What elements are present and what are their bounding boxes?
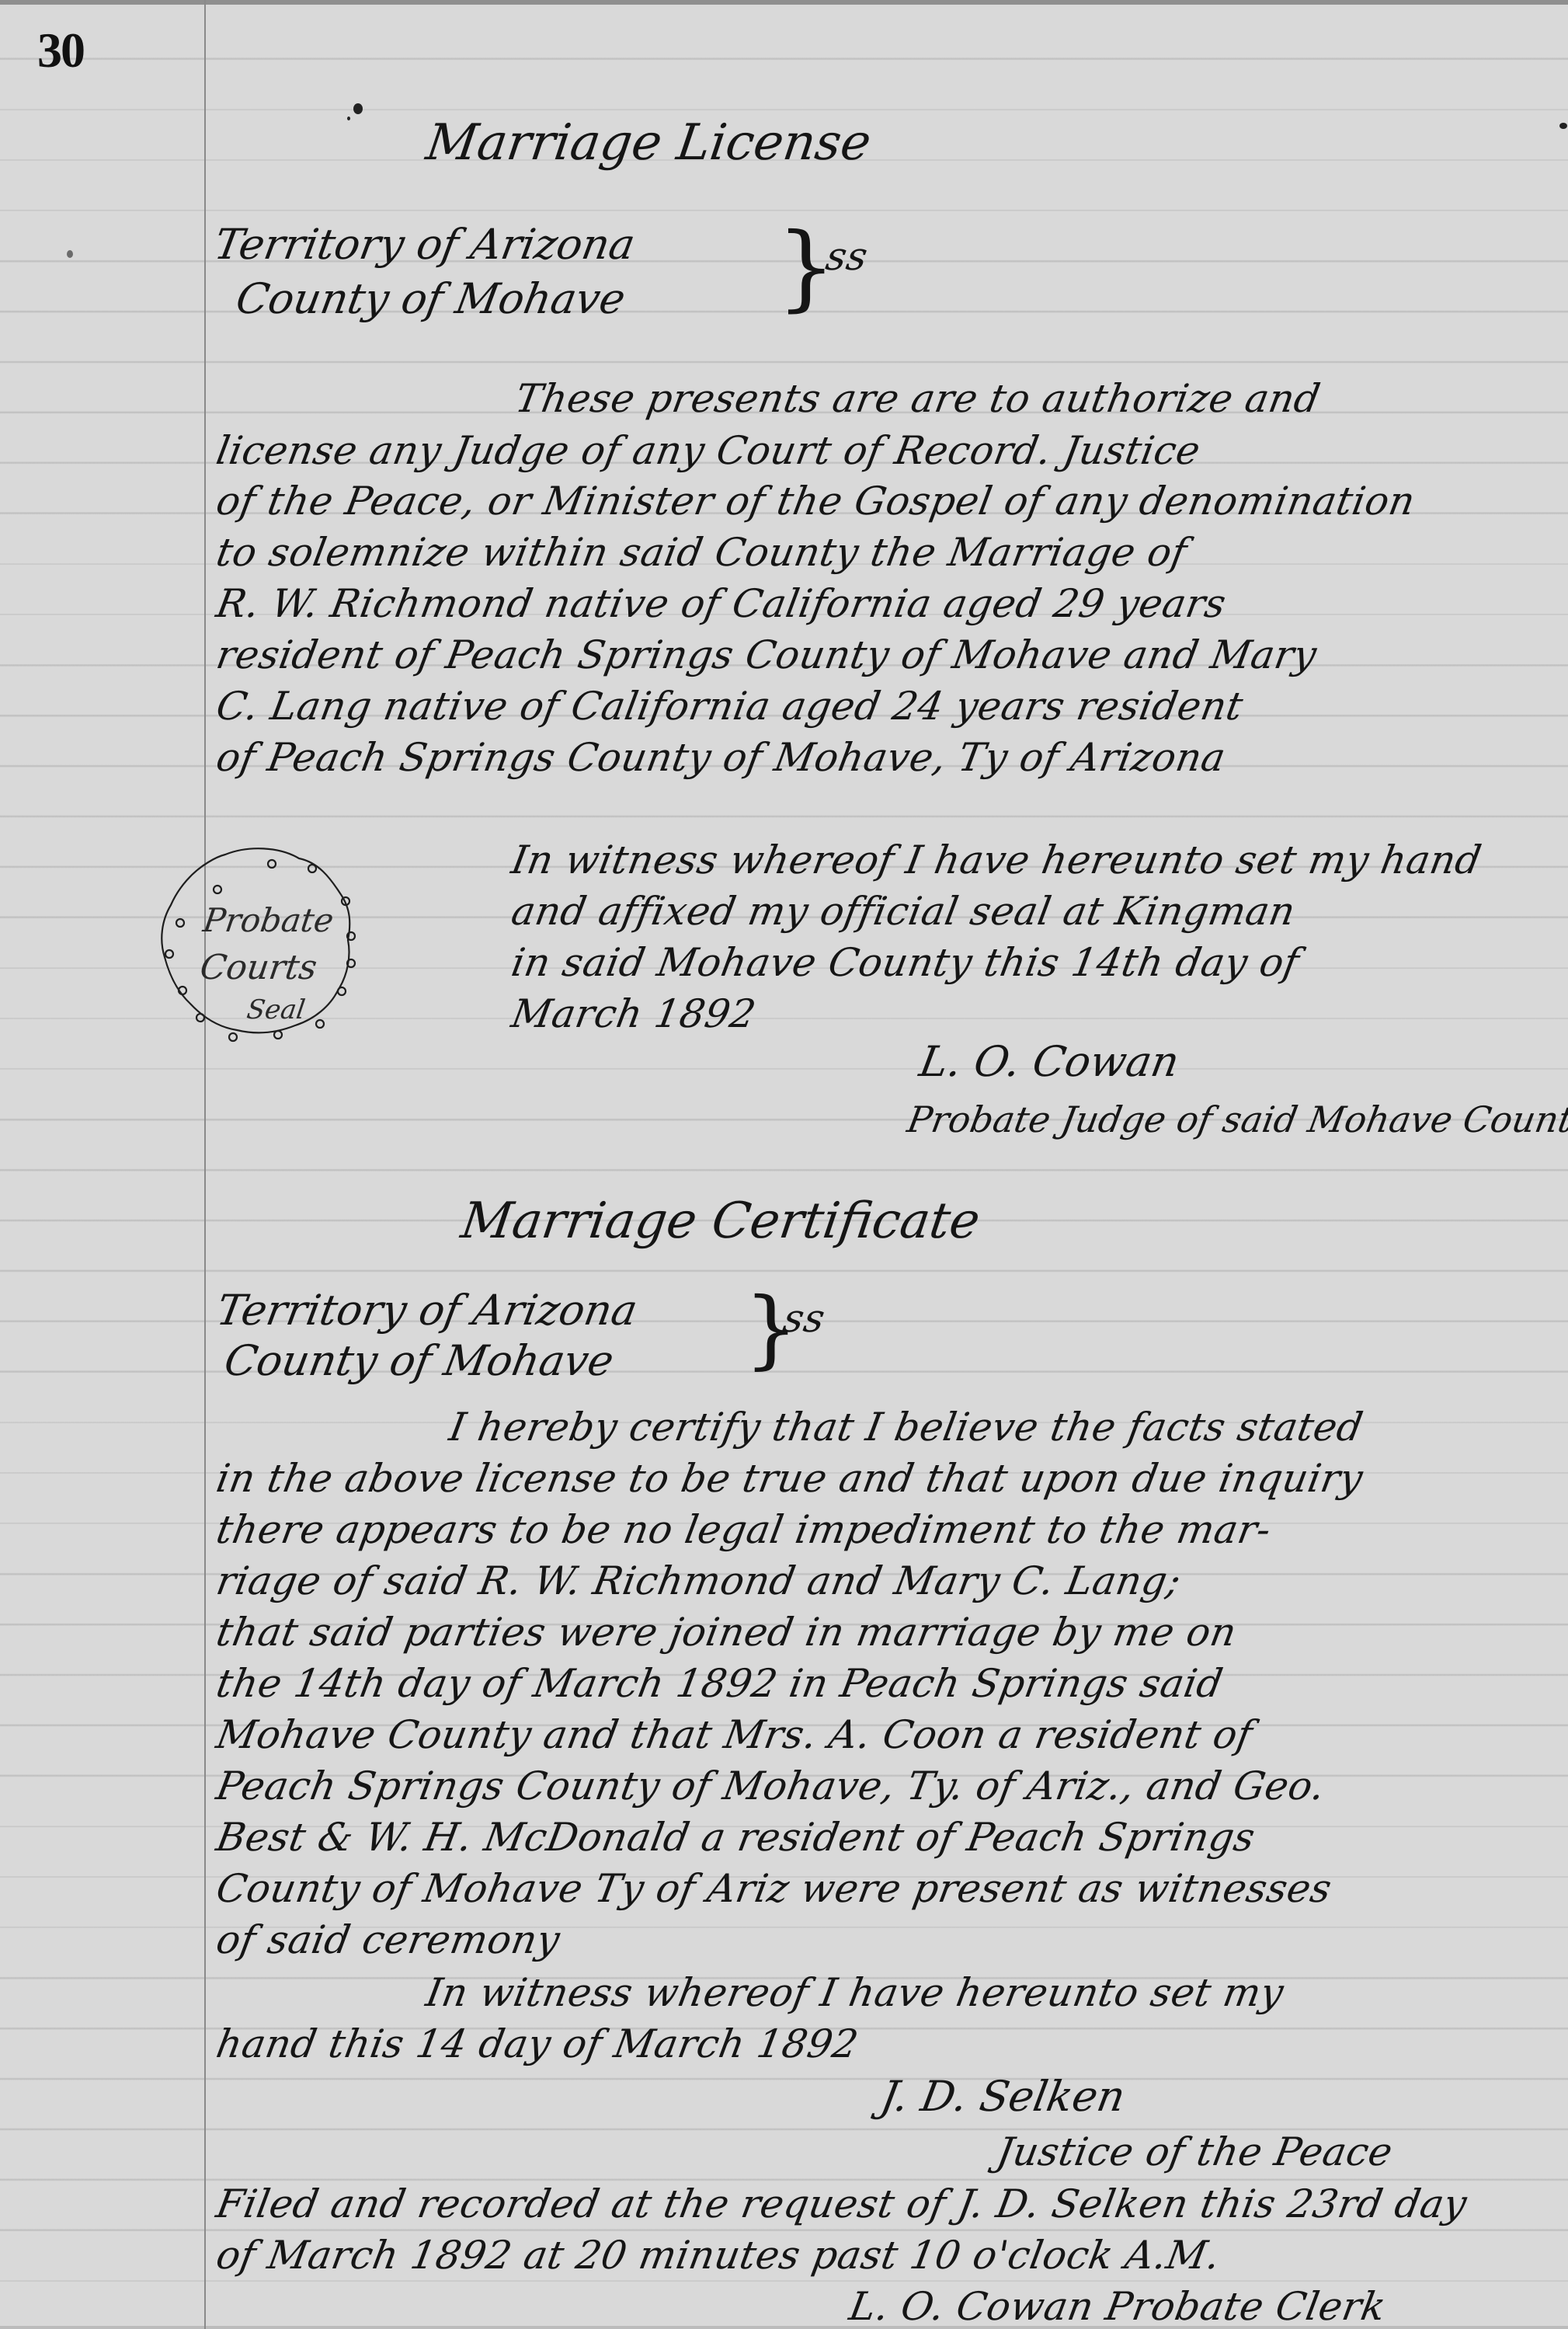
license-venue-county: County of Mohave bbox=[233, 278, 628, 320]
probate-court-seal: Probate Courts Seal bbox=[148, 839, 367, 1043]
certificate-title: Marriage Certificate bbox=[458, 1196, 983, 1246]
license-title: Marriage License bbox=[423, 118, 874, 168]
license-witness-line-4: March 1892 bbox=[509, 994, 759, 1033]
seal-text-line-3: Seal bbox=[245, 994, 307, 1025]
certificate-body-line-10: County of Mohave Ty of Ariz were present… bbox=[214, 1869, 1334, 1908]
ink-blot bbox=[347, 117, 350, 120]
filing-signature: L. O. Cowan Probate Clerk bbox=[847, 2287, 1389, 2326]
certificate-venue-territory: Territory of Arizona bbox=[214, 1290, 641, 1332]
license-signature-title: Probate Judge of said Mohave County bbox=[905, 1102, 1568, 1137]
certificate-signature: J. D. Selken bbox=[878, 2076, 1128, 2118]
license-venue-territory: Territory of Arizona bbox=[211, 224, 638, 266]
license-signature: L. O. Cowan bbox=[916, 1041, 1182, 1083]
certificate-body-line-2: in the above license to be true and that… bbox=[214, 1459, 1366, 1498]
license-body-line-3: of the Peace, or Minister of the Gospel … bbox=[214, 482, 1418, 520]
certificate-body-line-5: that said parties were joined in marriag… bbox=[214, 1613, 1239, 1652]
page-number: 30 bbox=[37, 22, 84, 79]
license-witness-line-2: and affixed my official seal at Kingman bbox=[509, 892, 1299, 931]
certificate-body-line-7: Mohave County and that Mrs. A. Coon a re… bbox=[214, 1715, 1256, 1754]
certificate-body-line-4: riage of said R. W. Richmond and Mary C.… bbox=[214, 1561, 1184, 1600]
license-body-line-1: These presents are are to authorize and bbox=[513, 379, 1323, 418]
license-body-line-2: license any Judge of any Court of Record… bbox=[214, 431, 1203, 470]
certificate-body-line-11: of said ceremony bbox=[214, 1920, 563, 1959]
certificate-witness-line-2: hand this 14 day of March 1892 bbox=[214, 2024, 861, 2063]
license-witness-line-3: in said Mohave County this 14th day of bbox=[509, 943, 1302, 982]
license-venue-ss: ss bbox=[823, 237, 871, 276]
certificate-venue-county: County of Mohave bbox=[221, 1340, 617, 1382]
certificate-body-line-3: there appears to be no legal impediment … bbox=[214, 1510, 1274, 1549]
license-body-line-7: C. Lang native of California aged 24 yea… bbox=[214, 687, 1246, 726]
license-witness-line-1: In witness whereof I have hereunto set m… bbox=[509, 841, 1484, 879]
certificate-venue-ss: ss bbox=[781, 1299, 828, 1338]
license-body-line-5: R. W. Richmond native of California aged… bbox=[214, 584, 1229, 623]
license-body-line-8: of Peach Springs County of Mohave, Ty of… bbox=[214, 738, 1229, 777]
ink-blot bbox=[67, 250, 73, 258]
ink-blot bbox=[1559, 123, 1567, 129]
certificate-body-line-8: Peach Springs County of Mohave, Ty. of A… bbox=[214, 1767, 1328, 1805]
page-top-edge bbox=[0, 0, 1568, 5]
ledger-page: 30 Marriage License Territory of Arizona… bbox=[0, 0, 1568, 2329]
certificate-body-line-9: Best & W. H. McDonald a resident of Peac… bbox=[214, 1818, 1258, 1857]
filing-line-2: of March 1892 at 20 minutes past 10 o'cl… bbox=[214, 2236, 1223, 2275]
certificate-witness-line-1: In witness whereof I have hereunto set m… bbox=[423, 1973, 1287, 2012]
certificate-signature-title: Justice of the Peace bbox=[994, 2132, 1396, 2171]
certificate-body-line-6: the 14th day of March 1892 in Peach Spri… bbox=[214, 1664, 1226, 1703]
filing-line-1: Filed and recorded at the request of J. … bbox=[214, 2185, 1470, 2223]
seal-text-line-2: Courts bbox=[197, 948, 319, 987]
seal-text-line-1: Probate bbox=[201, 901, 336, 939]
license-body-line-6: resident of Peach Springs County of Moha… bbox=[214, 635, 1319, 674]
license-body-line-4: to solemnize within said County the Marr… bbox=[214, 533, 1190, 572]
ink-blot bbox=[353, 103, 363, 114]
certificate-body-line-1: I hereby certify that I believe the fact… bbox=[447, 1408, 1366, 1446]
margin-rule bbox=[204, 0, 206, 2329]
